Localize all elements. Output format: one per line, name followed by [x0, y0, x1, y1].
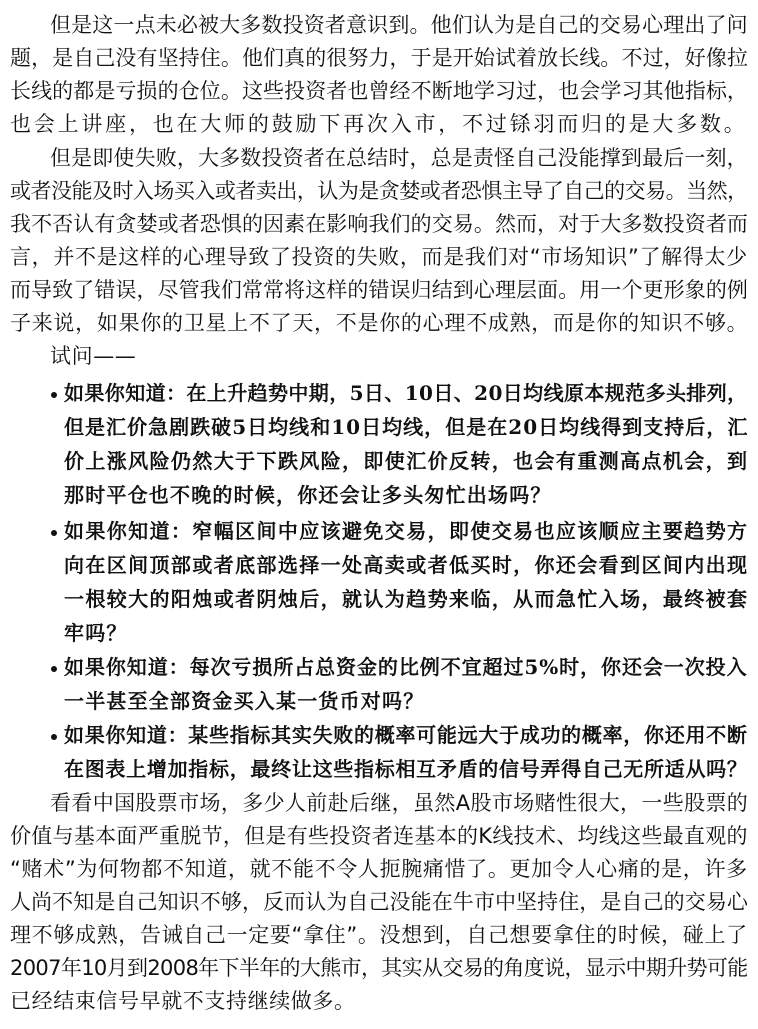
text-line: 或者没能及时入场买入或者卖出，认为是贪婪或者恐惧主导了自己的交易。当然， [10, 178, 748, 204]
text-line: 长线的都是亏损的仓位。这些投资者也曾经不断地学习过，也会学习其他指标， [10, 78, 748, 104]
text-line: 在图表上增加指标，最终让这些指标相互矛盾的信号弄得自己无所适从吗？ [64, 756, 748, 782]
text-line: 牢吗？ [64, 620, 128, 646]
text-line: 向在区间顶部或者底部选择一处高卖或者低买时，你还会看到区间内出现 [64, 552, 748, 578]
text-line: 但是这一点未必被大多数投资者意识到。他们认为是自己的交易心理出了问 [50, 12, 748, 38]
text-line: 价值与基本面严重脱节，但是有些投资者连基本的K线技术、均线这些最直观的 [10, 823, 748, 849]
text-line: 价上涨风险仍然大于下跌风险，即使汇价反转，也会有重测高点机会，到 [64, 448, 748, 474]
text-line: 人尚不知是自己知识不够，反而认为自己没能在牛市中坚持住，是自己的交易心 [10, 889, 748, 915]
text-line: 言，并不是这样的心理导致了投资的失败，而是我们对“市场知识”了解得太少 [10, 244, 748, 270]
text-line: 子来说，如果你的卫星上不了天，不是你的心理不成熟，而是你的知识不够。 [10, 310, 748, 336]
text-line: 如果你知道：窄幅区间中应该避免交易，即使交易也应该顺应主要趋势方 [64, 518, 748, 544]
text-line: 一根较大的阳烛或者阴烛后，就认为趋势来临，从而急忙入场，最终被套 [64, 586, 748, 612]
text-line: 如果你知道：每次亏损所占总资金的比例不宜超过5%时，你还会一次投入 [64, 654, 748, 680]
bullet-dot-icon [51, 734, 57, 740]
text-line: 题，是自己没有坚持住。他们真的很努力，于是开始试着放长线。不过，好像拉 [10, 45, 748, 71]
text-line: 已经结束信号早就不支持继续做多。 [10, 988, 356, 1014]
bullet-dot-icon [51, 530, 57, 536]
document-page: 但是这一点未必被大多数投资者意识到。他们认为是自己的交易心理出了问 题，是自己没… [0, 0, 758, 1029]
text-line: 看看中国股票市场，多少人前赴后继，虽然A股市场赌性很大，一些股票的 [50, 790, 748, 816]
bullet-dot-icon [51, 666, 57, 672]
text-line: 但是汇价急剧跌破5日均线和10日均线，但是在20日均线得到支持后，汇 [64, 414, 748, 440]
text-line: 试问—— [50, 343, 136, 369]
text-line: 但是即使失败，大多数投资者在总结时，总是责怪自己没能撑到最后一刻， [50, 145, 748, 171]
text-line: 那时平仓也不晚的时候，你还会让多头匆忙出场吗？ [64, 482, 552, 508]
bullet-dot-icon [51, 392, 57, 398]
text-line: 理不够成熟，告诫自己一定要“拿住”。没想到，自己想要拿住的时候，碰上了 [10, 922, 748, 948]
text-line: 一半甚至全部资金买入某一货币对吗？ [64, 688, 424, 714]
text-line: 如果你知道：某些指标其实失败的概率可能远大于成功的概率，你还用不断 [64, 722, 748, 748]
text-line: 也会上讲座，也在大师的鼓励下再次入市，不过铩羽而归的是大多数。 [10, 111, 748, 137]
text-line: “赌术”为何物都不知道，就不能不令人扼腕痛惜了。更加令人心痛的是，许多 [10, 856, 748, 882]
text-line: 我不否认有贪婪或者恐惧的因素在影响我们的交易。然而，对于大多数投资者而 [10, 211, 748, 237]
text-line: 2007年10月到2008年下半年的大熊市，其实从交易的角度说，显示中期升势可能 [10, 955, 748, 981]
text-line: 而导致了错误，尽管我们常常将这样的错误归结到心理层面。用一个更形象的例 [10, 277, 748, 303]
text-line: 如果你知道：在上升趋势中期，5日、10日、20日均线原本规范多头排列， [64, 380, 748, 406]
